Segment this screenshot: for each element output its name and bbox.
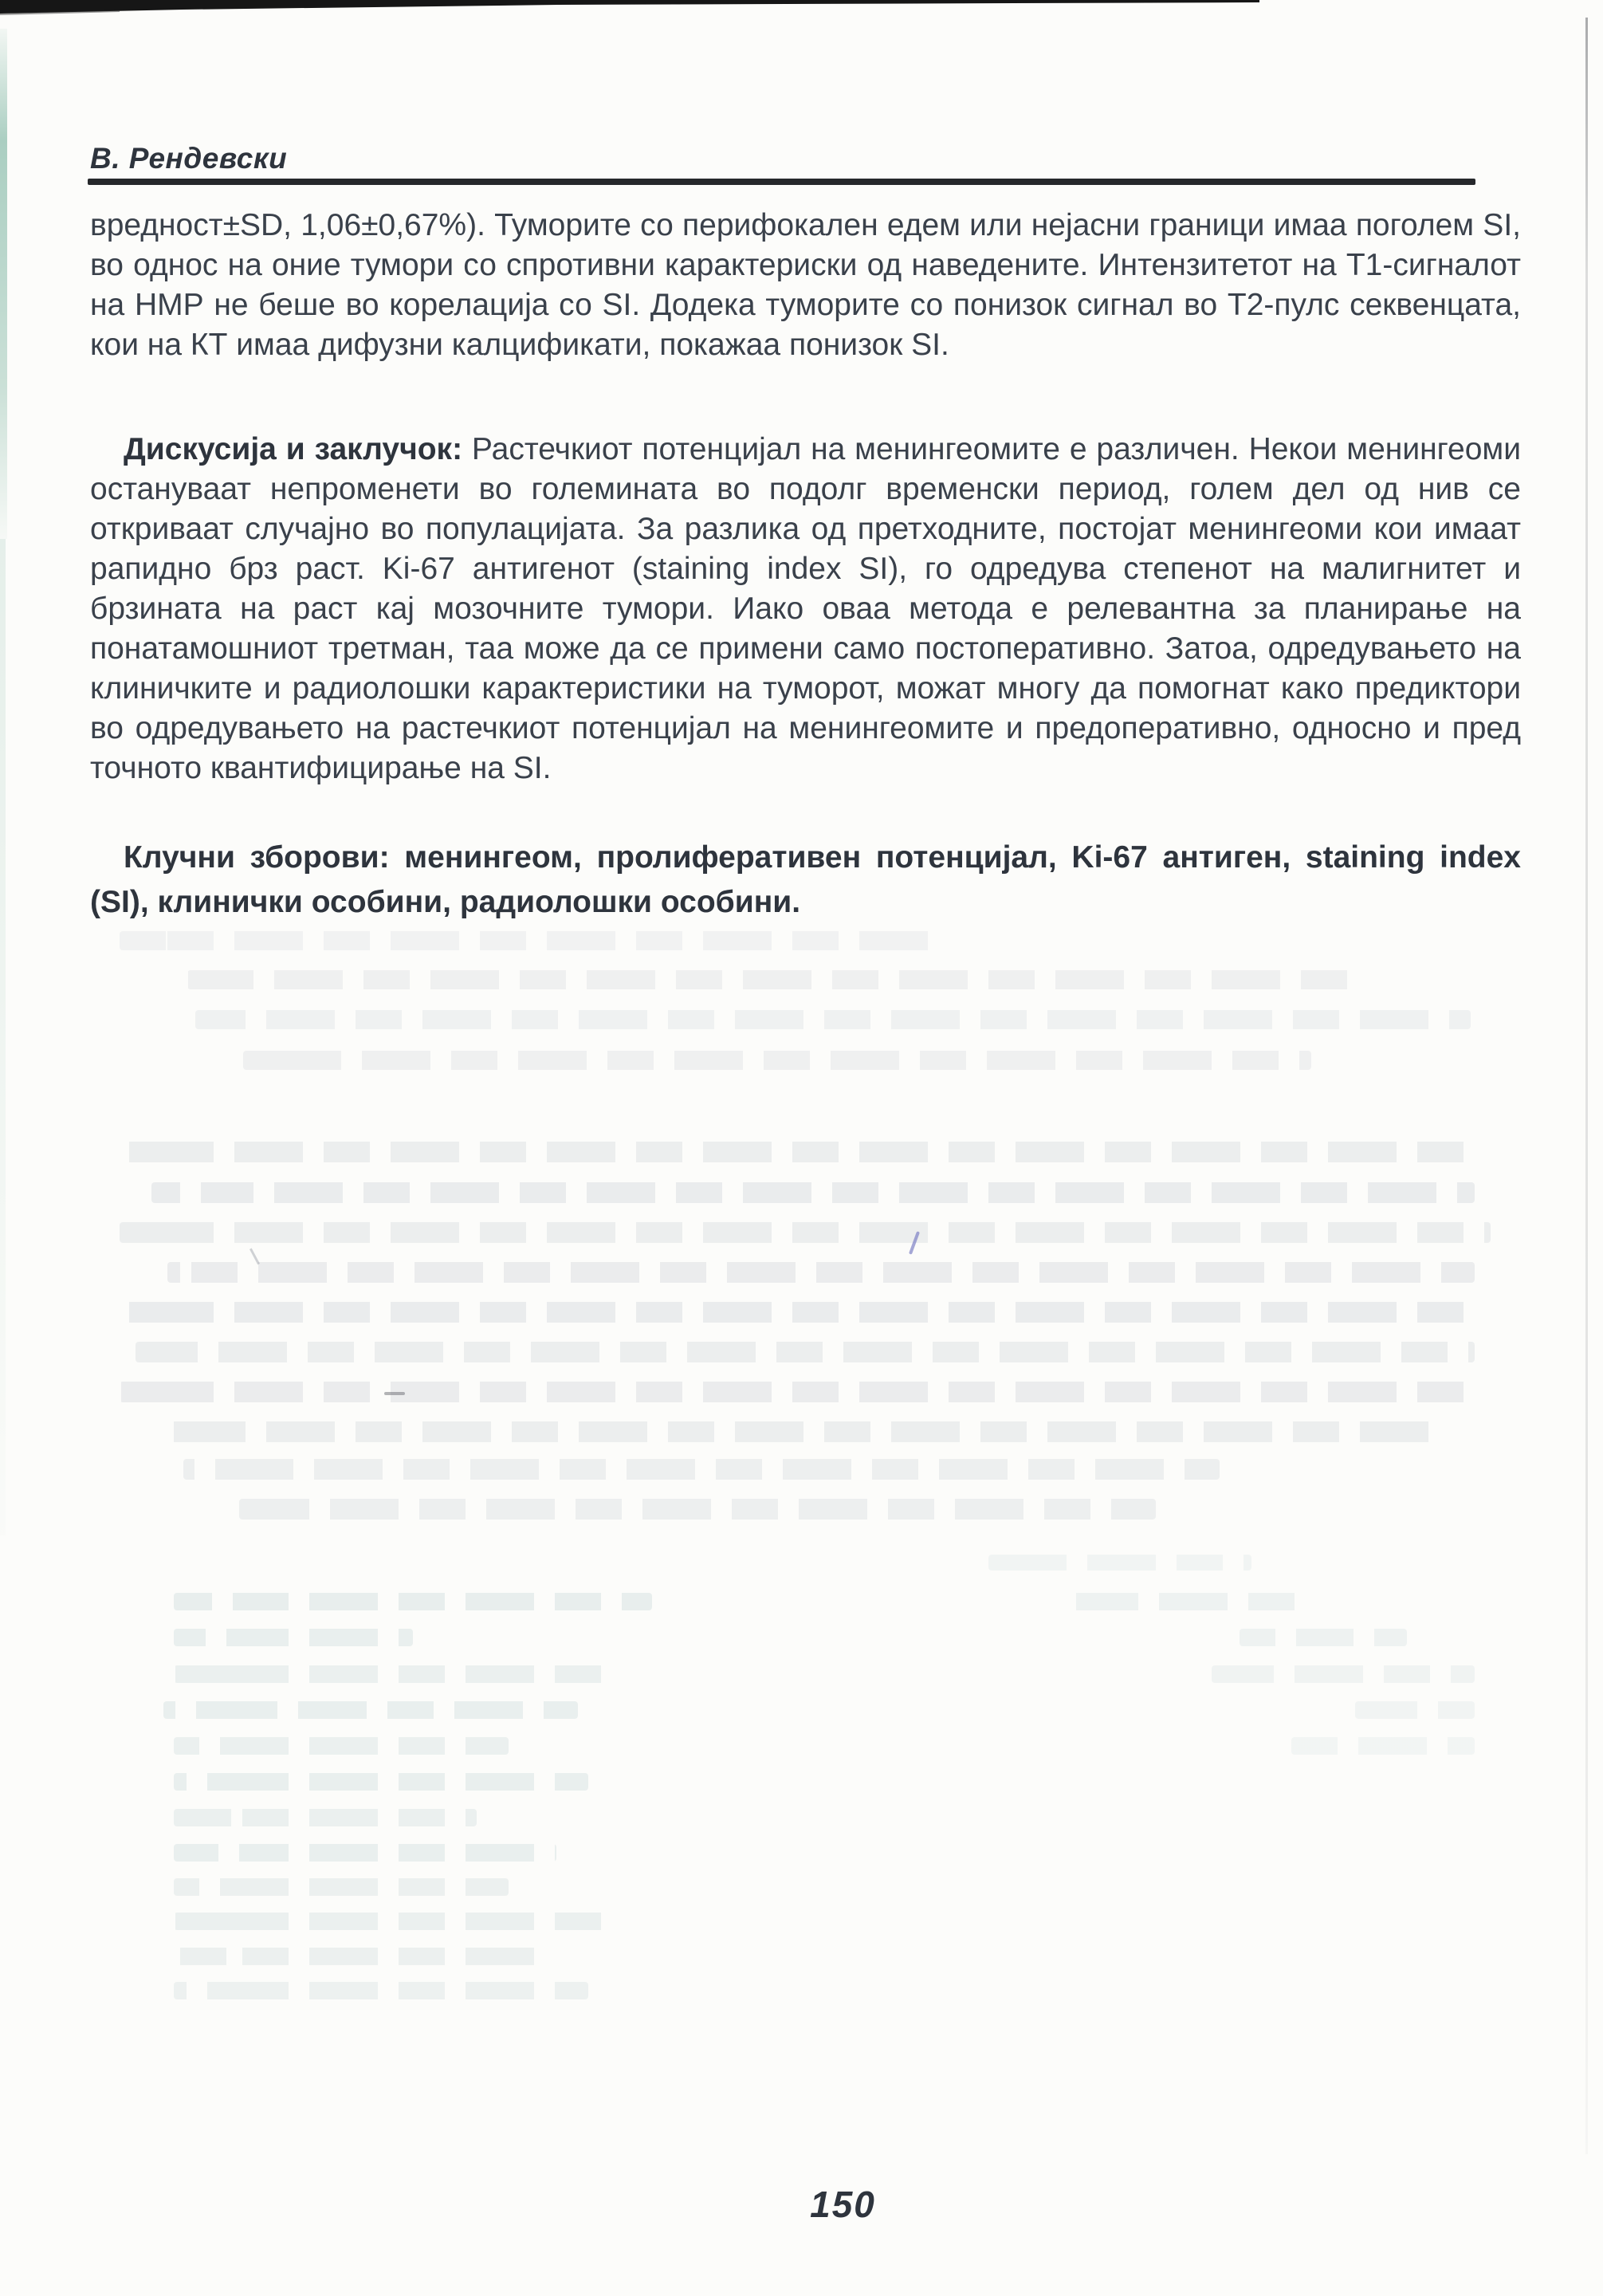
ghost-line <box>183 1459 1220 1480</box>
keywords-heading: Клучни зборови: <box>124 840 390 875</box>
ghost-line <box>1291 1737 1475 1755</box>
scanner-edge-artifact-left-tail <box>0 539 6 1535</box>
abstract-paragraph-results: вредност±SD, 1,06±0,67%). Туморите со пе… <box>90 206 1521 365</box>
ghost-line <box>174 1737 509 1755</box>
ghost-line <box>195 1010 1471 1029</box>
ink-speck <box>384 1392 405 1395</box>
ghost-line <box>120 1142 1475 1162</box>
ghost-line <box>120 1222 1491 1243</box>
scanner-edge-artifact-left <box>0 29 7 539</box>
ghost-line <box>174 1665 620 1683</box>
discussion-heading: Дискусија и заклучок: <box>124 432 462 466</box>
abstract-paragraph-discussion: Дискусија и заклучок: Растечкиот потенци… <box>90 430 1521 788</box>
ghost-line <box>159 1421 1435 1442</box>
header-rule <box>88 179 1475 185</box>
running-header-author: В. Рендевски <box>90 142 287 175</box>
ghost-line <box>167 1262 1475 1283</box>
scanner-edge-artifact-top <box>0 0 1603 16</box>
ghost-line <box>174 1913 620 1930</box>
ghost-line <box>1240 1629 1407 1646</box>
ghost-line <box>174 1878 509 1896</box>
abstract-results-text: вредност±SD, 1,06±0,67%). Туморите со пе… <box>90 208 1521 362</box>
ghost-line <box>174 1773 588 1791</box>
discussion-text: Растечкиот потенцијал на менингеомите е … <box>90 432 1521 785</box>
ghost-line <box>174 1844 556 1862</box>
ghost-line <box>243 1051 1311 1070</box>
ghost-line <box>174 1809 477 1826</box>
ghost-line <box>120 1382 1483 1402</box>
ghost-line <box>136 1342 1475 1362</box>
ghost-line <box>163 1701 578 1719</box>
scanned-paper-page: В. Рендевски вредност±SD, 1,06±0,67%). Т… <box>0 0 1603 2296</box>
ghost-line <box>120 1302 1475 1323</box>
ghost-line <box>174 1593 652 1610</box>
ghost-line <box>1060 1593 1299 1610</box>
ghost-line <box>1212 1665 1475 1683</box>
page-edge-shadow-right <box>1585 18 1588 2154</box>
ghost-line <box>174 1948 548 1965</box>
ghost-line <box>187 970 1367 989</box>
ghost-line <box>988 1555 1251 1571</box>
ghost-line <box>151 1182 1475 1203</box>
ghost-line <box>174 1982 588 1999</box>
ghost-line <box>120 931 949 950</box>
keywords-paragraph: Клучни зборови: менингеом, пролиферативе… <box>90 835 1521 925</box>
page-number: 150 <box>0 2183 1603 2226</box>
ghost-line <box>239 1499 1156 1520</box>
ghost-line <box>174 1629 413 1646</box>
ghost-line <box>1355 1701 1475 1719</box>
